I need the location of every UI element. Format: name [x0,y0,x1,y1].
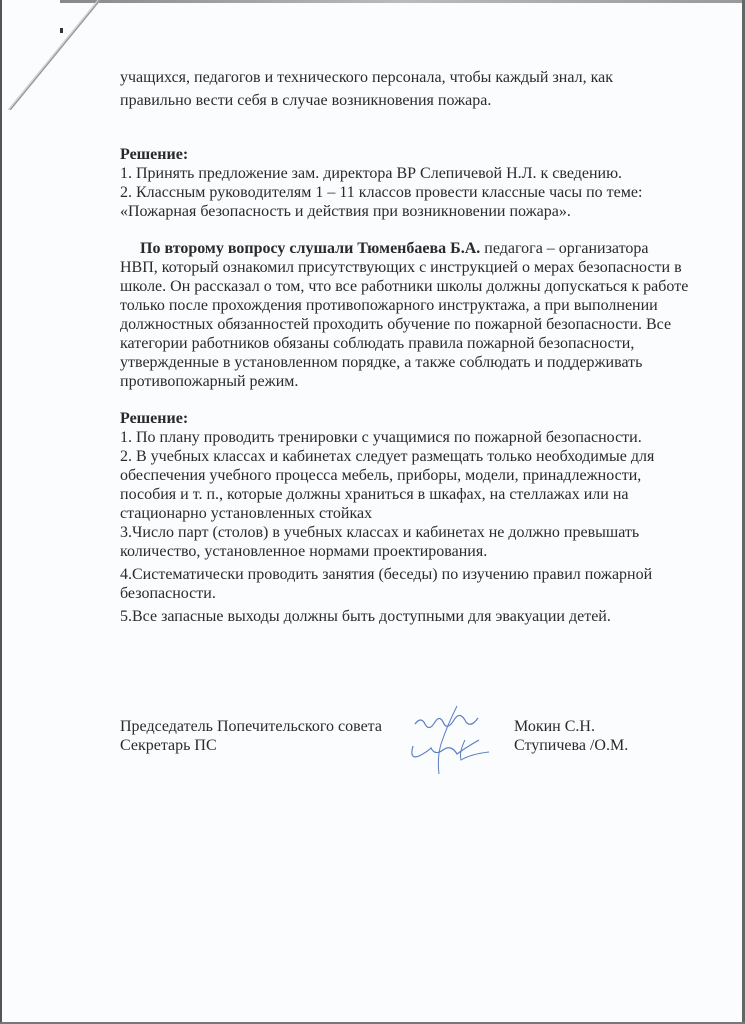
page-corner-fold [0,0,110,110]
second-question-paragraph: По второму вопросу слушали Тюменбаева Б.… [120,239,690,391]
decision2-item-2: 2. В учебных классах и кабинетах следует… [120,447,690,523]
intro-line-1: учащихся, педагогов и технического персо… [120,68,690,87]
second-question-text: педагога – организатора НВП, который озн… [120,240,688,390]
chair-name: Мокин С.Н. [514,717,628,736]
decision2-item-4: 4.Систематически проводить занятия (бесе… [120,565,690,603]
decision-heading-2: Решение: [120,409,690,428]
chair-title: Председатель Попечительского совета [120,717,382,736]
secretary-name: Ступичева /О.М. [514,736,628,755]
secretary-title: Секретарь ПС [120,736,382,755]
scan-edge-left [0,0,2,1024]
signature-names: Мокин С.Н. Ступичева /О.М. [514,717,628,755]
second-question-lead: По второму вопросу слушали Тюменбаева Б.… [140,240,480,257]
signature-block: Председатель Попечительского совета Секр… [120,717,680,767]
signature-titles: Председатель Попечительского совета Секр… [120,717,382,755]
document-body: учащихся, педагогов и технического персо… [120,68,690,626]
decision1-item-1: 1. Принять предложение зам. директора ВР… [120,164,690,183]
decision1-item-2: 2. Классным руководителям 1 – 11 классов… [120,183,690,221]
decision2-item-3: 3.Число парт (столов) в учебных классах … [120,523,690,561]
scan-edge-top [60,0,745,3]
decision-heading-1: Решение: [120,145,690,164]
intro-line-2: правильно вести себя в случае возникнове… [120,91,690,110]
decision2-item-5: 5.Все запасные выходы должны быть доступ… [120,607,690,626]
decision2-item-1: 1. По плану проводить тренировки с учащи… [120,428,690,447]
handwritten-signature-icon [395,702,505,777]
